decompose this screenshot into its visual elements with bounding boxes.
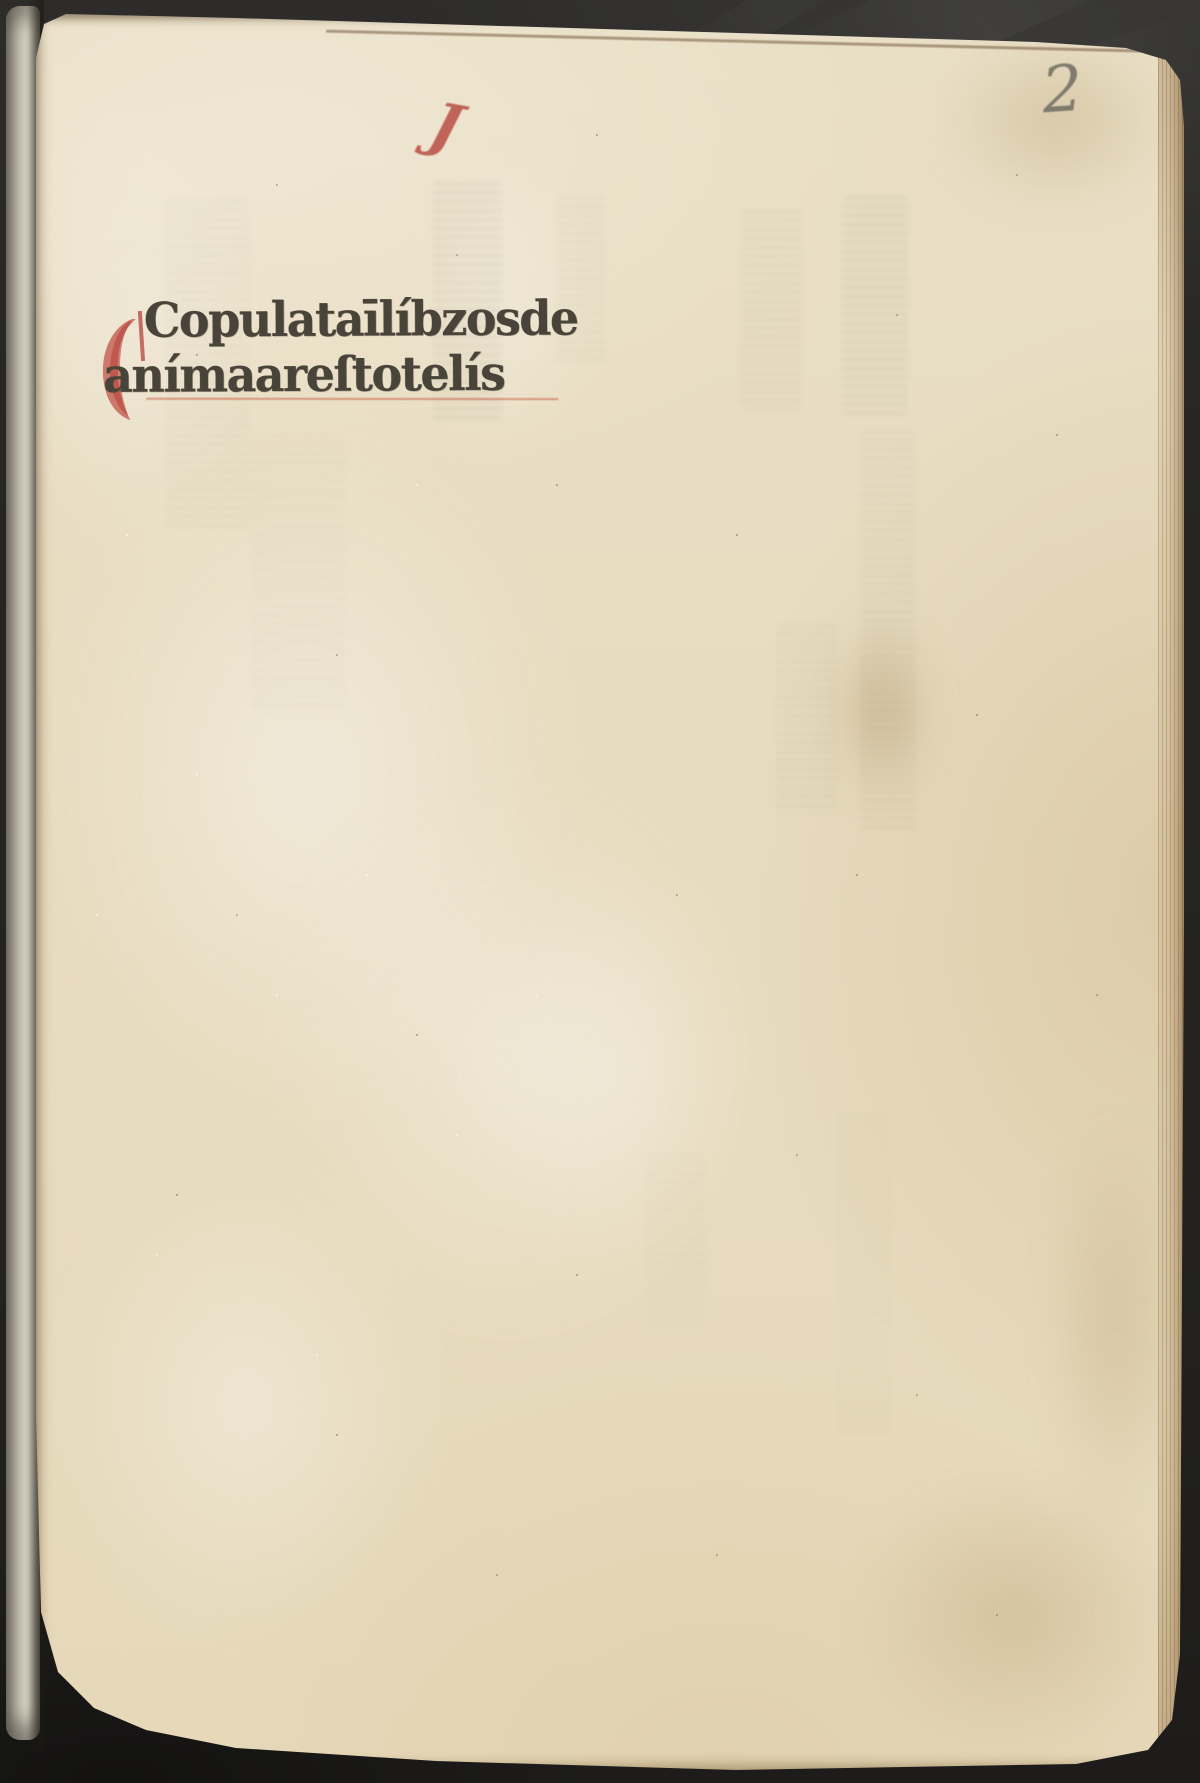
manuscript-page: J 2 Copulata ī líbzos de aníma areſtotel… (36, 14, 1184, 1772)
page-edge-shading (36, 14, 1184, 1772)
photograph-backdrop: J 2 Copulata ī líbzos de aníma areſtotel… (0, 0, 1200, 1783)
